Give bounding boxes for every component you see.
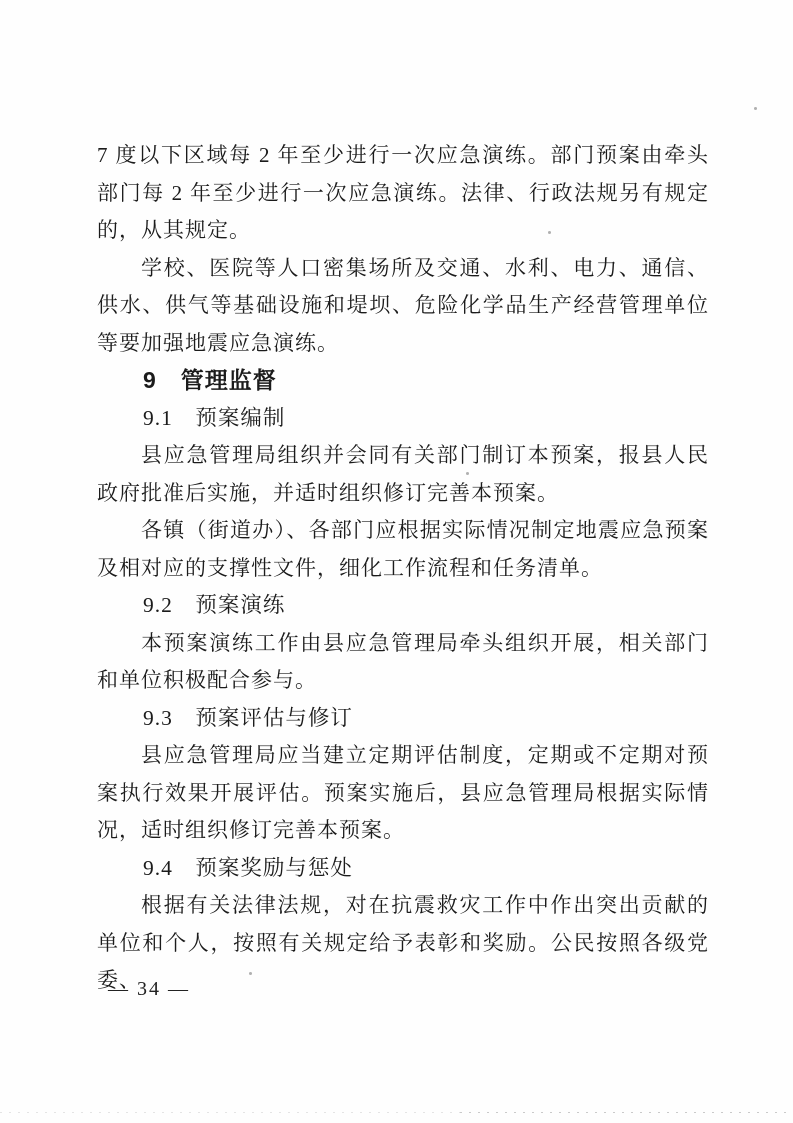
section-heading: 9 管理监督	[97, 362, 709, 400]
subsection-heading: 9.3 预案评估与修订	[97, 700, 709, 738]
scan-speck	[754, 107, 757, 110]
paragraph: 县应急管理局组织并会同有关部门制订本预案，报县人民政府批准后实施，并适时组织修订…	[97, 437, 709, 512]
scan-speck	[466, 472, 469, 475]
document-page: 7 度以下区域每 2 年至少进行一次应急演练。部门预案由牵头部门每 2 年至少进…	[0, 0, 793, 1123]
paragraph: 7 度以下区域每 2 年至少进行一次应急演练。部门预案由牵头部门每 2 年至少进…	[97, 137, 709, 250]
paragraph: 各镇（街道办）、各部门应根据实际情况制定地震应急预案及相对应的支撑性文件，细化工…	[97, 512, 709, 587]
scan-speck	[249, 972, 252, 975]
scan-artifact-line-left	[0, 1112, 460, 1113]
document-content: 7 度以下区域每 2 年至少进行一次应急演练。部门预案由牵头部门每 2 年至少进…	[97, 137, 709, 1000]
paragraph: 县应急管理局应当建立定期评估制度，定期或不定期对预案执行效果开展评估。预案实施后…	[97, 737, 709, 850]
subsection-heading: 9.2 预案演练	[97, 587, 709, 625]
paragraph: 本预案演练工作由县应急管理局牵头组织开展，相关部门和单位积极配合参与。	[97, 625, 709, 700]
subsection-heading: 9.4 预案奖励与惩处	[97, 850, 709, 888]
scan-speck	[548, 231, 551, 234]
page-number: — 34 —	[108, 978, 190, 1001]
scan-artifact-line-right	[460, 1112, 793, 1113]
paragraph: 学校、医院等人口密集场所及交通、水利、电力、通信、供水、供气等基础设施和堤坝、危…	[97, 250, 709, 363]
subsection-heading: 9.1 预案编制	[97, 400, 709, 438]
